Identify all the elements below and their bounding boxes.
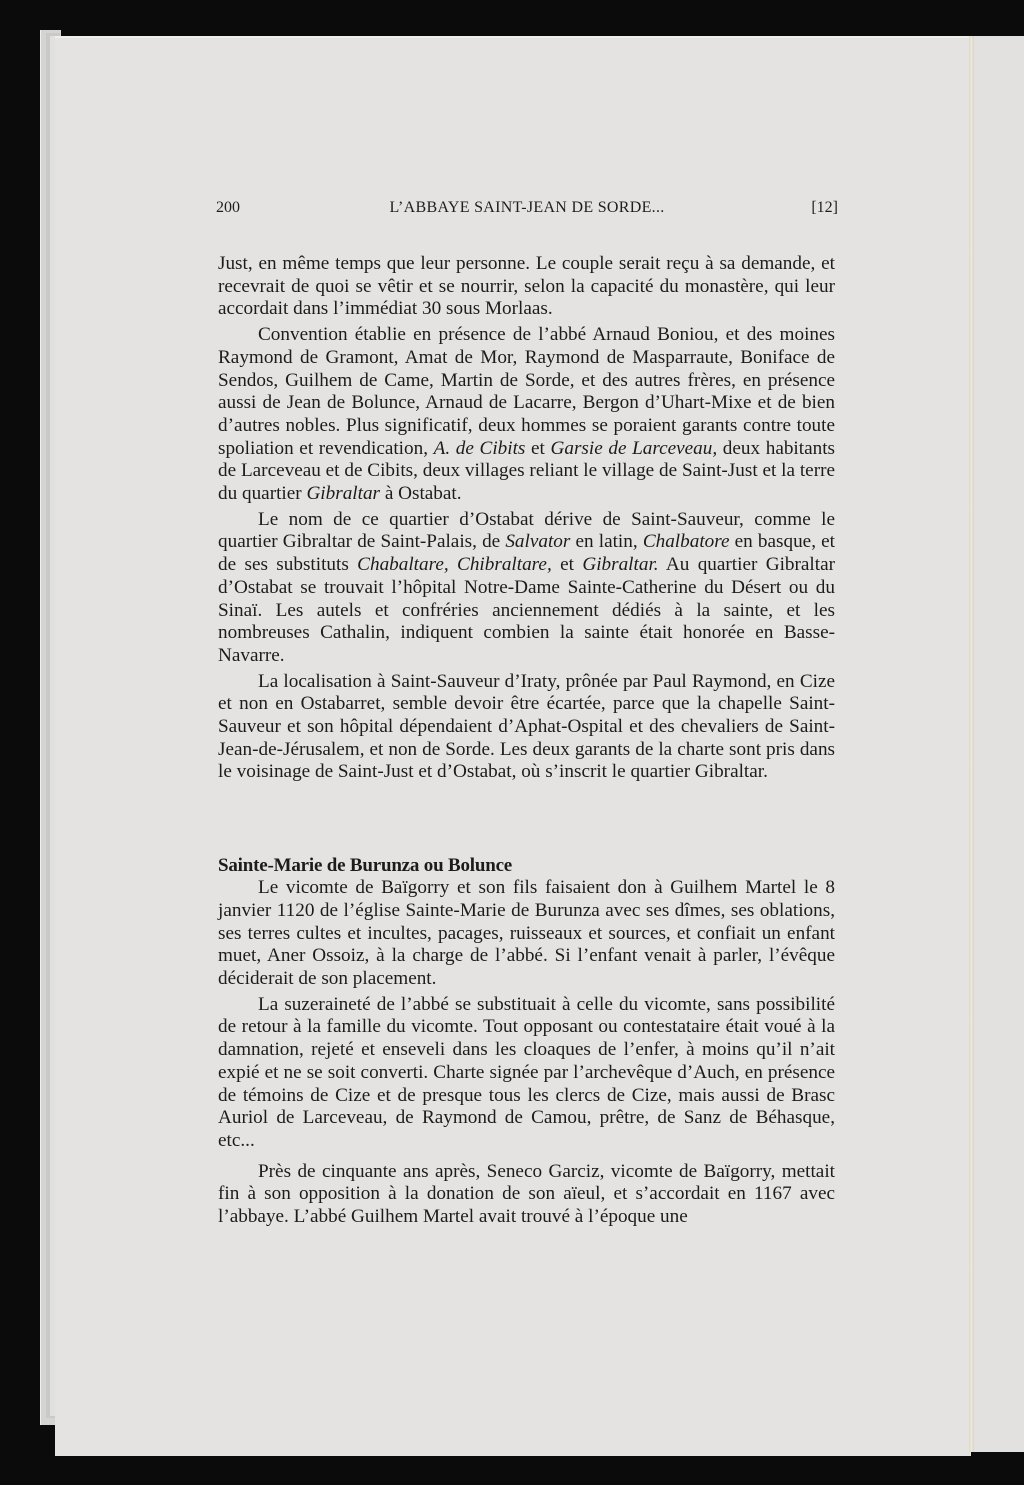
italic-term: Chalbatore	[643, 531, 730, 552]
paragraph: Le nom de ce quartier d’Ostabat dérive d…	[218, 509, 835, 668]
italic-term: Chabaltare, Chibraltare,	[357, 554, 552, 575]
italic-term: Gibraltar.	[582, 554, 658, 575]
paragraph: La suzeraineté de l’abbé se substituait …	[218, 994, 835, 1153]
running-head: 200 L’ABBAYE SAINT-JEAN DE SORDE... [12]	[216, 199, 838, 223]
italic-term: A. de Cibits	[434, 438, 526, 459]
body-text: Just, en même temps que leur personne. L…	[218, 253, 835, 1229]
paragraph: La localisation à Saint-Sauveur d’Iraty,…	[218, 671, 835, 785]
right-page-edge	[974, 36, 1024, 1452]
italic-term: Salvator	[505, 531, 570, 552]
running-title: L’ABBAYE SAINT-JEAN DE SORDE...	[216, 199, 838, 217]
paragraph: Près de cinquante ans après, Seneco Garc…	[218, 1161, 835, 1229]
paragraph: Convention établie en présence de l’abbé…	[218, 324, 835, 506]
paragraph: Just, en même temps que leur personne. L…	[218, 253, 835, 321]
italic-term: Gibraltar	[306, 483, 380, 504]
section-heading: Sainte-Marie de Burunza ou Bolunce	[218, 854, 835, 877]
italic-term: Garsie de Larceveau,	[551, 438, 718, 459]
paragraph: Le vicomte de Baïgorry et son fils faisa…	[218, 877, 835, 991]
section-marker: [12]	[811, 199, 838, 217]
